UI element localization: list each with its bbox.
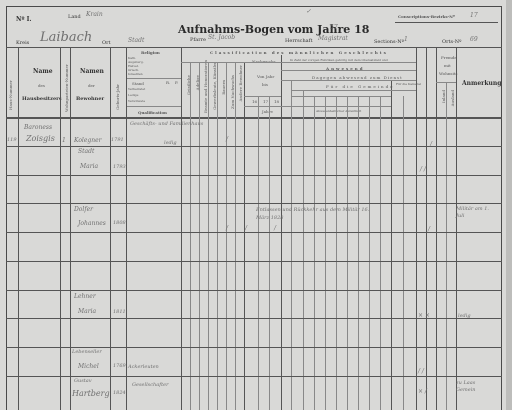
grid-line — [446, 82, 447, 410]
age-col: 17 — [263, 99, 268, 104]
grid-line — [199, 62, 200, 410]
rule — [181, 62, 416, 63]
tally-mark: / — [430, 141, 432, 148]
resident-last: Hartberg — [72, 389, 110, 398]
grid-line — [70, 48, 71, 410]
col-name-2: des — [38, 83, 45, 88]
grid-line — [208, 62, 209, 410]
grid-line — [226, 62, 227, 410]
col-geburtsjahr: Geburts-Jahr — [115, 75, 120, 110]
herrschaft-value: Magistrat — [318, 35, 348, 42]
rule — [126, 106, 182, 107]
grid-line — [126, 48, 127, 410]
age-col: 16 — [252, 99, 257, 104]
col-wohnparteien: Wohnparteien-Nummer — [64, 62, 69, 112]
row-divider — [6, 290, 502, 291]
stand-col: P. — [175, 80, 178, 85]
stand-row: Verheiratet — [128, 87, 145, 91]
row-divider — [6, 203, 502, 204]
col-qualification: Qualification — [138, 110, 167, 115]
col-fremde: Fremde — [441, 55, 457, 60]
religion-row: Israeliten — [128, 72, 143, 76]
sections-value: 1 — [404, 36, 408, 43]
row-divider — [6, 175, 502, 176]
qualification: Gesellschafter — [132, 382, 168, 388]
anmerkung-note: ledig — [458, 313, 471, 319]
resident-first: Stadt — [78, 148, 94, 155]
anmerkung-note: zu Laas Gemein — [456, 380, 496, 394]
birth-year: 1769 — [113, 363, 126, 369]
anmerkung-note: Militär am 1. Juli — [456, 206, 498, 220]
col-bis: bis — [262, 82, 268, 87]
kreis-label: Kreis — [16, 40, 29, 46]
col-name-3: Hausbesitzers — [22, 96, 62, 102]
rule — [281, 70, 416, 71]
grid-line — [217, 62, 218, 410]
header-divider — [6, 47, 502, 48]
col-gemeinde: Für die Gemeinde — [326, 84, 395, 89]
rule — [244, 106, 391, 107]
grid-line — [18, 48, 19, 410]
qualification-2: ledig — [164, 140, 177, 146]
col-name-1: Name — [33, 68, 53, 75]
herrschaft-label: Herrschaft — [285, 38, 313, 44]
grid-line — [291, 80, 292, 410]
resident-first: Gustav — [74, 378, 92, 384]
tally-mark: × × — [418, 312, 430, 319]
col-namen-2: der — [88, 83, 95, 88]
haus-number: 119 — [7, 137, 17, 143]
birth-year: 1791 — [111, 137, 124, 143]
rule — [281, 80, 416, 81]
grid-line — [235, 62, 236, 410]
grid-line — [380, 96, 381, 410]
conscriptions-value: 17 — [470, 12, 478, 19]
stand-row: Ledige — [128, 93, 138, 97]
grid-line — [436, 48, 437, 410]
land-value: Krain — [86, 11, 103, 18]
grid-line — [325, 96, 326, 410]
check-mark: ✓ — [306, 8, 311, 15]
stand-row: Verwitwete — [128, 99, 145, 103]
ort-value: Stadt — [128, 37, 144, 44]
grid-line — [369, 96, 370, 410]
birth-year: 1824 — [113, 390, 126, 396]
col-aufenthalt: Abwesenheitlicher Aufenthalt — [316, 109, 361, 113]
tally-mark: × / — [418, 388, 427, 395]
qualification: Geschäfts- und Familienhaus — [130, 121, 203, 127]
grid-line — [403, 96, 404, 410]
col-namen-3: Bewohner — [76, 96, 104, 102]
row-divider — [6, 376, 502, 377]
rule — [291, 96, 391, 97]
age-col: 18 — [274, 99, 279, 104]
stand-col: R. — [166, 80, 170, 85]
rule — [436, 82, 456, 83]
grid-line — [347, 96, 348, 410]
grid-line — [110, 48, 111, 410]
col-classification: Classification des männlichen Geschlecht… — [210, 50, 388, 55]
stand-header: Stand — [132, 81, 144, 86]
tally-mark: / — [274, 225, 276, 232]
resident-last: Johannes — [78, 220, 106, 227]
grid-line — [303, 90, 304, 410]
resident-last: Michel — [78, 363, 99, 370]
col-religion: Religion — [141, 50, 160, 55]
tally-mark: / / — [418, 368, 424, 375]
tally-mark: / — [428, 226, 430, 233]
rule — [126, 78, 182, 79]
conscriptions-label: Conscriptions-Bezirks-Nº — [398, 14, 455, 19]
fremde-col: Ausland — [450, 90, 455, 106]
col-jahre: Jahre — [262, 109, 273, 114]
kreis-value: Laibach — [40, 30, 92, 45]
class-col: Andere Bewohner — [238, 65, 243, 102]
grid-line — [244, 62, 245, 410]
resident-first: Lehner — [74, 293, 96, 300]
grid-line — [426, 48, 427, 410]
rule — [244, 96, 281, 97]
remark-note: Entlassen und Rückkehr aus dem Militär 1… — [256, 206, 381, 222]
col-fremde: mit — [444, 63, 451, 68]
form-number: Nº I. — [16, 16, 31, 23]
tally-mark: / — [226, 225, 228, 232]
partei-number: 1 — [62, 137, 66, 144]
pfarre-label: Pfarre — [190, 37, 206, 43]
underline — [395, 22, 498, 23]
grid-line — [258, 96, 259, 410]
grid-line — [456, 48, 457, 410]
besitzer-last: Zoisgis — [26, 134, 55, 143]
page-edge — [506, 0, 512, 410]
qualification: Ackerleuten — [128, 364, 159, 370]
census-form-page: Nº I. Land Krain Aufnahms-Bogen vom Jahr… — [0, 0, 512, 410]
row-divider — [6, 146, 502, 147]
grid-line — [269, 96, 270, 410]
col-haus-nummer: Haus-Nummer — [8, 65, 13, 110]
land-label: Land — [68, 14, 81, 20]
col-fremde: Wohnsitz — [439, 71, 457, 76]
row-divider — [6, 347, 502, 348]
grid-line — [181, 48, 182, 410]
grid-line — [60, 48, 61, 410]
orts-label: Orts-Nº — [442, 39, 461, 45]
row-divider — [6, 261, 502, 262]
grid-line — [190, 62, 191, 410]
resident-first: Lebenseller — [72, 349, 102, 355]
ort-label: Ort — [102, 40, 111, 46]
col-namen-1: Namen — [80, 68, 104, 75]
besitzer-first: Baroness — [24, 124, 52, 131]
birth-year: 1811 — [113, 309, 126, 315]
resident-last: Kolegner — [74, 137, 102, 144]
tally-mark: / — [226, 136, 228, 143]
sections-label: Sections-Nº — [374, 39, 404, 45]
resident-last: Maria — [78, 308, 96, 315]
resident-first: Dolfer — [74, 206, 93, 213]
birth-year: 1808 — [113, 220, 126, 226]
grid-line — [416, 48, 417, 410]
grid-line — [391, 80, 392, 410]
orts-value: 69 — [470, 36, 478, 43]
rule — [291, 90, 416, 91]
pfarre-value: St. Jacob — [208, 34, 235, 41]
col-anmerkung: Anmerkung — [462, 80, 501, 87]
col-kameral: Für die Kameral — [396, 82, 421, 86]
grid-line — [336, 96, 337, 410]
col-von-jahr: Von Jahr — [257, 74, 274, 79]
title-year: 57 — [330, 24, 338, 31]
tally-mark: / / — [420, 166, 426, 173]
tally-mark: / — [245, 225, 247, 232]
resident-last: Maria — [80, 163, 98, 170]
grid-line — [314, 96, 315, 410]
grid-line — [358, 96, 359, 410]
birth-year: 1793 — [113, 164, 126, 170]
column-header-bottom — [6, 117, 502, 119]
